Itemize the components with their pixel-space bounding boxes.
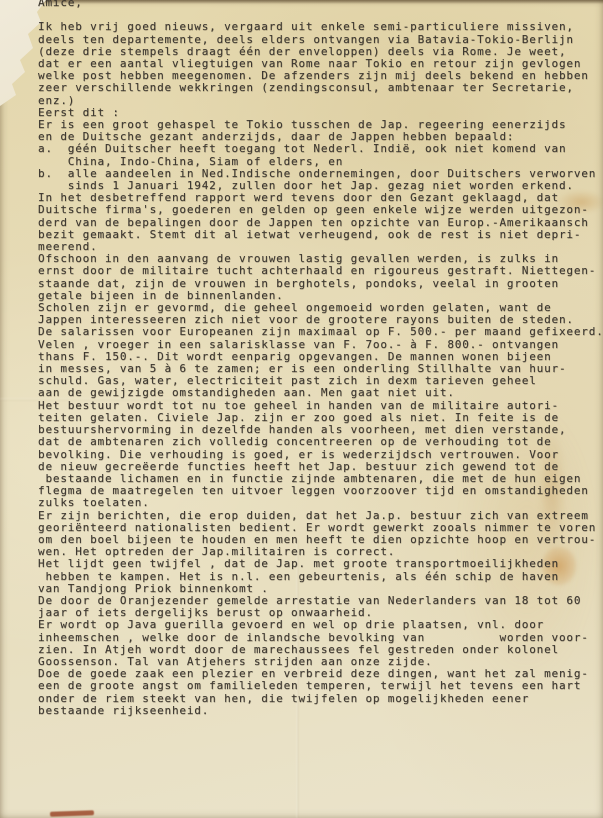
- document-line: Er zijn berichten, die erop duiden, dat …: [38, 510, 603, 522]
- document-line: deels ten departemente, deels elders ont…: [38, 34, 603, 46]
- scanned-letter-page: Amice,Ik heb vrij goed nieuws, vergaard …: [0, 0, 603, 818]
- document-line: hebben te kampen. Het is n.l. een gebeur…: [38, 571, 603, 583]
- document-line: Er wordt op Java guerilla gevoerd en wel…: [38, 619, 603, 631]
- document-text: Amice,Ik heb vrij goed nieuws, vergaard …: [38, 0, 603, 717]
- document-line: aan de gewijzigde omstandigheden aan. Me…: [38, 387, 603, 399]
- document-line: ernst door de militaire tucht achterhaal…: [38, 265, 603, 277]
- document-line: Duitsche firma's, goederen en gelden op …: [38, 204, 603, 216]
- document-line: De salarissen voor Europeanen zijn maxim…: [38, 326, 603, 338]
- document-line: Ik heb vrij goed nieuws, vergaard uit en…: [38, 21, 603, 33]
- document-line: bevolking. Die verhouding is goed, er is…: [38, 449, 603, 461]
- document-line: dat de ambtenaren zich volledig concentr…: [38, 436, 603, 448]
- document-line: zeer verschillende wekkringen (zendingsc…: [38, 82, 603, 94]
- document-line: Het lijdt geen twijfel , dat de Jap. met…: [38, 558, 603, 570]
- document-line: derd van de bepalingen door de Jappen te…: [38, 217, 603, 229]
- red-ink-mark: [50, 810, 94, 817]
- document-line: zulks toelaten.: [38, 497, 603, 509]
- document-line: China, Indo-China, Siam of elders, en: [38, 156, 603, 168]
- document-line: inheemschen , welke door de inlandsche b…: [38, 632, 603, 644]
- document-line: Amice,: [38, 0, 603, 9]
- document-line: bezit gemaakt. Stemt dit al ietwat verhe…: [38, 229, 603, 241]
- document-line: a. géén Duitscher heeft toegang tot Nede…: [38, 143, 603, 155]
- document-line: enz.): [38, 95, 603, 107]
- document-line: onder de riem steekt van hen, die twijfe…: [38, 693, 603, 705]
- document-line: een de groote angst om familieleden temp…: [38, 680, 603, 692]
- document-line: bestaande rijkseenheid.: [38, 705, 603, 717]
